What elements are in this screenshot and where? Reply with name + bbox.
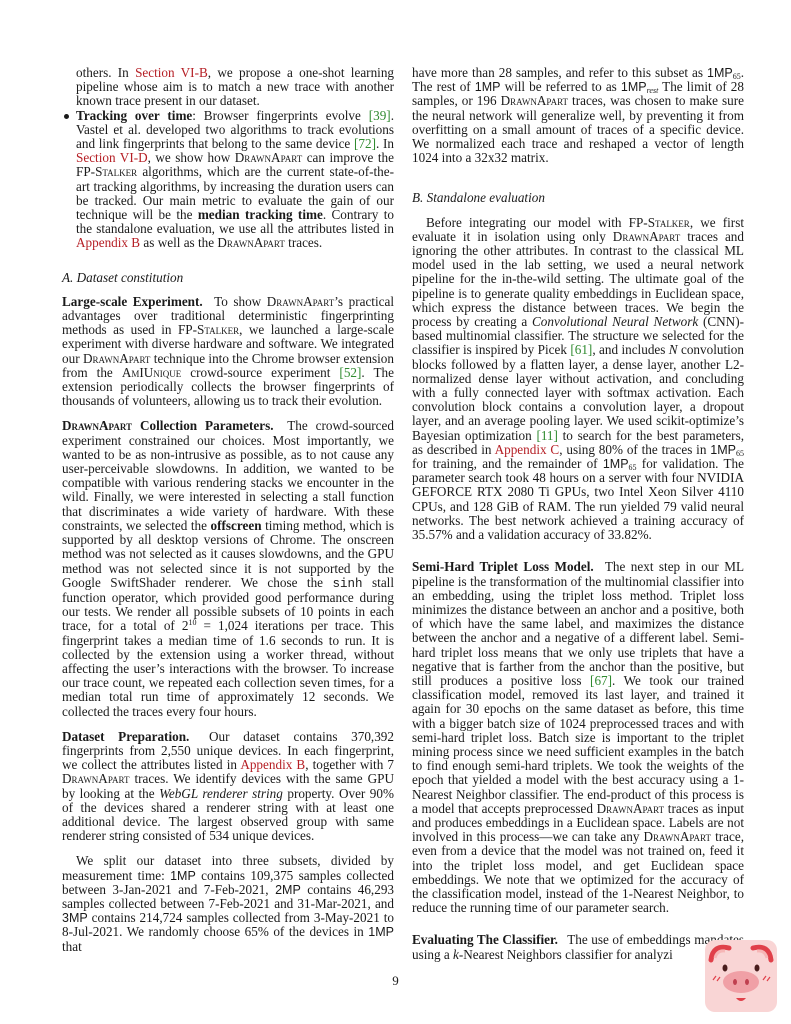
link-appendix-c[interactable]: Appendix C — [495, 442, 560, 457]
right-column: have more than 28 samples, and refer to … — [412, 66, 744, 962]
pig-face-icon[interactable] — [703, 938, 779, 1014]
left-column: others. In Section VI-B, we propose a on… — [62, 66, 394, 954]
paragraph-evaluating-classifier: Evaluating The Classifier. The use of em… — [412, 933, 744, 961]
contribution-list: Tracking over time: Browser fingerprints… — [62, 109, 394, 251]
bullet-icon — [64, 114, 69, 119]
citation-52[interactable]: [52] — [339, 365, 361, 380]
section-b-heading: B. Standalone evaluation — [412, 191, 744, 205]
intro-continuation: others. In Section VI-B, we propose a on… — [62, 66, 394, 109]
paragraph-standalone-evaluation: Before integrating our model with FP-Sta… — [412, 216, 744, 543]
citation-67[interactable]: [67] — [590, 673, 612, 688]
paragraph-large-scale-experiment: Large-scale Experiment. To show DrawnApa… — [62, 295, 394, 409]
citation-39[interactable]: [39] — [369, 108, 391, 123]
link-appendix-b-2[interactable]: Appendix B — [240, 757, 305, 772]
paragraph-collection-parameters: DrawnApart Collection Parameters. The cr… — [62, 419, 394, 718]
citation-11[interactable]: [11] — [536, 428, 557, 443]
link-appendix-b[interactable]: Appendix B — [76, 235, 140, 250]
paragraph-dataset-preparation: Dataset Preparation. Our dataset contain… — [62, 730, 394, 844]
paragraph-dataset-split: We split our dataset into three subsets,… — [62, 854, 394, 953]
link-section-vi-d[interactable]: Section VI-D — [76, 150, 148, 165]
link-section-vi-b[interactable]: Section VI-B — [135, 65, 208, 80]
page-number: 9 — [0, 973, 791, 989]
citation-61[interactable]: [61] — [570, 342, 592, 357]
paragraph-split-continued: have more than 28 samples, and refer to … — [412, 66, 744, 165]
citation-72[interactable]: [72] — [354, 136, 376, 151]
paragraph-semi-hard-triplet-loss: Semi-Hard Triplet Loss Model. The next s… — [412, 560, 744, 915]
bullet-tracking-over-time: Tracking over time: Browser fingerprints… — [62, 109, 394, 251]
section-a-heading: A. Dataset constitution — [62, 271, 394, 285]
